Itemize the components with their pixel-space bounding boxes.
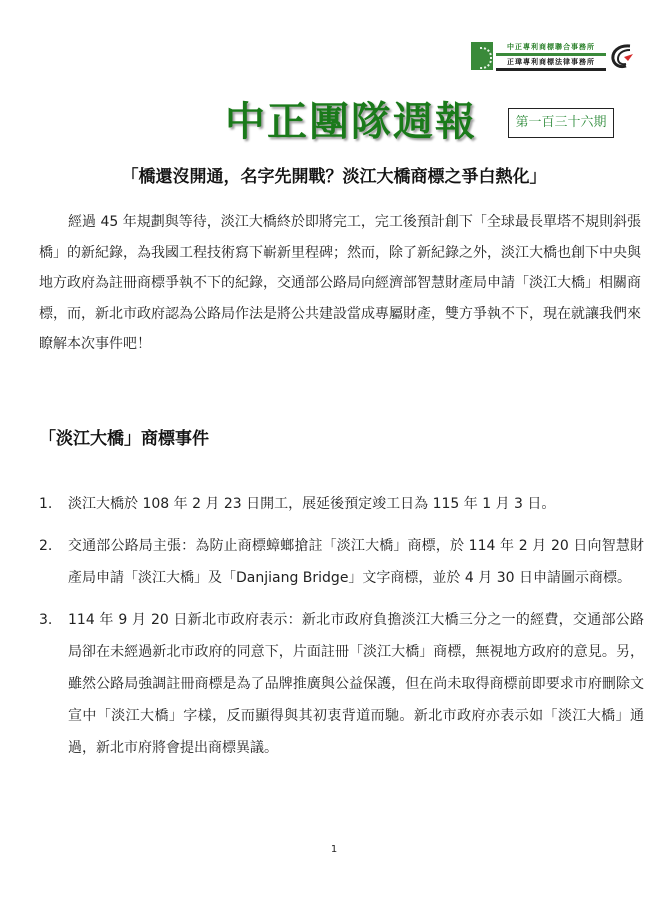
firm-logo-text: 中正專利商標聯合事務所 正瑋專利商標法律事務所 xyxy=(496,42,606,71)
intro-paragraph: 經過 45 年規劃與等待，淡江大橋終於即將完工，完工後預計創下「全球最長單塔不規… xyxy=(39,207,641,360)
logo-divider xyxy=(496,53,606,56)
article-headline: 「橋還沒開通，名字先開戰？淡江大橋商標之爭白熱化」 xyxy=(0,162,668,187)
event-list: 1. 淡江大橋於 108 年 2 月 23 日開工，展延後預定竣工日為 115 … xyxy=(39,488,644,764)
page-number: 1 xyxy=(0,844,668,855)
list-item: 3. 114 年 9 月 20 日新北市政府表示：新北市政府負擔淡江大橋三分之一… xyxy=(39,604,644,764)
issue-number-badge: 第一百三十六期 xyxy=(508,108,614,138)
firm-logo: 中正專利商標聯合事務所 正瑋專利商標法律事務所 xyxy=(471,40,641,72)
firm-name-1: 中正專利商標聯合事務所 xyxy=(496,42,606,52)
list-item: 1. 淡江大橋於 108 年 2 月 23 日開工，展延後預定竣工日為 115 … xyxy=(39,488,644,520)
list-number: 1. xyxy=(39,488,52,520)
list-item-text: 114 年 9 月 20 日新北市政府表示：新北市政府負擔淡江大橋三分之一的經費… xyxy=(68,612,644,756)
masthead-title: 中正團隊週報 xyxy=(225,90,477,147)
firm-name-2: 正瑋專利商標法律事務所 xyxy=(496,57,606,67)
list-item-text: 淡江大橋於 108 年 2 月 23 日開工，展延後預定竣工日為 115 年 1… xyxy=(68,496,555,512)
firm-logo-icon xyxy=(471,42,493,70)
section-title: 「淡江大橋」商標事件 xyxy=(39,424,209,449)
swoosh-icon xyxy=(610,43,634,69)
list-item: 2. 交通部公路局主張：為防止商標蟑螂搶註「淡江大橋」商標，於 114 年 2 … xyxy=(39,530,644,594)
list-number: 2. xyxy=(39,530,52,562)
list-item-text: 交通部公路局主張：為防止商標蟑螂搶註「淡江大橋」商標，於 114 年 2 月 2… xyxy=(68,538,644,586)
logo-divider xyxy=(496,68,606,71)
list-number: 3. xyxy=(39,604,52,636)
